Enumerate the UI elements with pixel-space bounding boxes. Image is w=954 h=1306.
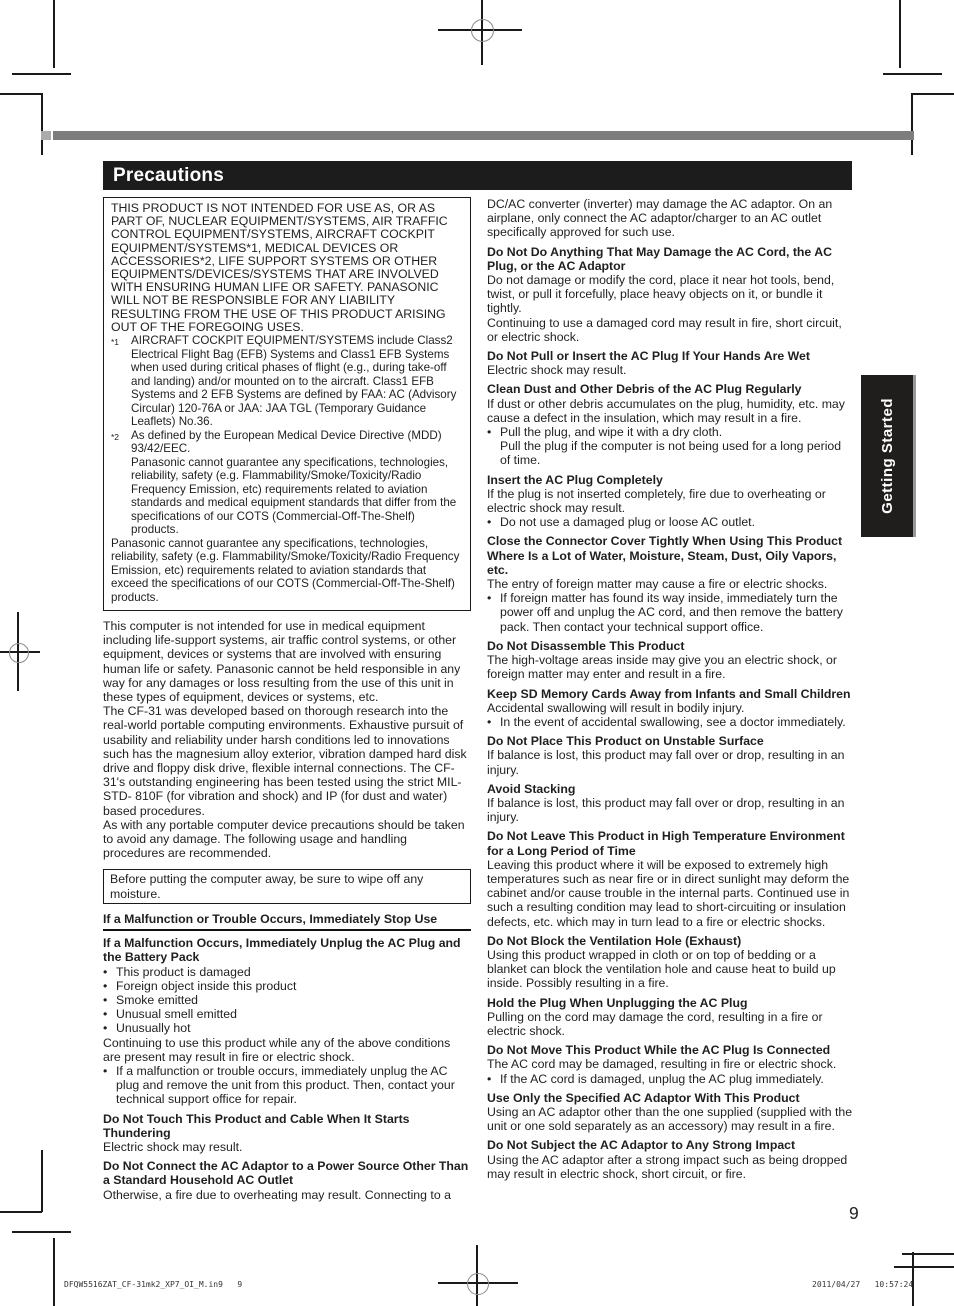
footnote-marker: *1 <box>111 334 131 429</box>
bullet-dot: • <box>487 715 500 729</box>
footer-filename: DFQW5516ZAT_CF-31mk2_XP7_OI_M.in9 9 <box>64 1280 242 1289</box>
bullet-dot: • <box>103 1007 116 1021</box>
precaution-section: Hold the Plug When Unplugging the AC Plu… <box>487 996 853 1039</box>
bullet-continuation: Pull the plug if the computer is not bei… <box>500 439 853 467</box>
intro-paragraphs: This computer is not intended for use in… <box>103 619 471 860</box>
bullet-dot: • <box>103 965 116 979</box>
section-paragraph: The AC cord may be damaged, resulting in… <box>487 1057 853 1071</box>
section-paragraph: Electric shock may result. <box>103 1140 471 1154</box>
footnote-paragraph: Panasonic cannot guarantee any specifica… <box>131 456 463 537</box>
bullet-item: •Foreign object inside this product <box>103 979 471 993</box>
precaution-section: Do Not Block the Ventilation Hole (Exhau… <box>487 934 853 991</box>
bullet-item: •If the AC cord is damaged, unplug the A… <box>487 1072 853 1086</box>
section-heading: Do Not Leave This Product in High Temper… <box>487 829 853 857</box>
footnote-text: AIRCRAFT COCKPIT EQUIPMENT/SYSTEMS inclu… <box>131 334 463 429</box>
wipe-note-box: Before putting the computer away, be sur… <box>103 869 471 903</box>
section-heading: Avoid Stacking <box>487 782 853 796</box>
bullet-dot: • <box>487 515 500 529</box>
bullet-item: •Unusually hot <box>103 1021 471 1035</box>
section-paragraph: If balance is lost, this product may fal… <box>487 796 853 824</box>
bullet-text: Unusually hot <box>116 1021 471 1035</box>
precaution-section: Do Not Touch This Product and Cable When… <box>103 1112 471 1155</box>
notice-closing-text: Panasonic cannot guarantee any specifica… <box>111 537 463 605</box>
section-paragraph: The entry of foreign matter may cause a … <box>487 577 853 591</box>
bullet-dot: • <box>103 1064 116 1107</box>
section-paragraph: Otherwise, a fire due to overheating may… <box>103 1188 471 1202</box>
footer-datetime: 2011/04/27 10:57:24 <box>812 1280 913 1289</box>
notice-main-text: THIS PRODUCT IS NOT INTENDED FOR USE AS,… <box>111 202 463 334</box>
precaution-section: Do Not Leave This Product in High Temper… <box>487 829 853 928</box>
section-heading: If a Malfunction Occurs, Immediately Unp… <box>103 936 471 964</box>
intro-paragraph: This computer is not intended for use in… <box>103 619 471 704</box>
bullet-text: Pull the plug, and wipe it with a dry cl… <box>500 425 853 439</box>
precaution-section: Do Not Subject the AC Adaptor to Any Str… <box>487 1138 853 1181</box>
bullet-text: In the event of accidental swallowing, s… <box>500 715 853 729</box>
footnote-marker: *2 <box>111 429 131 537</box>
sidebar-tab-edge <box>913 375 916 537</box>
precaution-section: Use Only the Specified AC Adaptor With T… <box>487 1091 853 1134</box>
top-rule <box>53 131 914 140</box>
section-paragraph: If balance is lost, this product may fal… <box>487 748 853 776</box>
section-heading: Do Not Subject the AC Adaptor to Any Str… <box>487 1138 853 1152</box>
section-heading: Do Not Connect the AC Adaptor to a Power… <box>103 1159 471 1187</box>
precaution-section: Avoid StackingIf balance is lost, this p… <box>487 782 853 825</box>
bullet-dot: • <box>103 979 116 993</box>
section-heading: Use Only the Specified AC Adaptor With T… <box>487 1091 853 1105</box>
precaution-section: Do Not Move This Product While the AC Pl… <box>487 1043 853 1086</box>
sidebar-tab-label: Getting Started <box>879 398 896 514</box>
precaution-section: Close the Connector Cover Tightly When U… <box>487 534 853 633</box>
bullet-item: •Do not use a damaged plug or loose AC o… <box>487 515 853 529</box>
section-paragraph: Continuing to use this product while any… <box>103 1036 471 1064</box>
precaution-section: Do Not Connect the AC Adaptor to a Power… <box>103 1159 471 1202</box>
sidebar-tab-getting-started: Getting Started <box>861 375 913 537</box>
section-paragraph: Pulling on the cord may damage the cord,… <box>487 1010 853 1038</box>
section-heading: Do Not Place This Product on Unstable Su… <box>487 734 853 748</box>
wipe-note-text: Before putting the computer away, be sur… <box>110 872 423 900</box>
section-paragraph: The high-voltage areas inside may give y… <box>487 653 853 681</box>
intro-paragraph: The CF-31 was developed based on thoroug… <box>103 704 471 818</box>
bullet-text: Do not use a damaged plug or loose AC ou… <box>500 515 853 529</box>
precaution-section: Do Not Do Anything That May Damage the A… <box>487 245 853 344</box>
precaution-section: Keep SD Memory Cards Away from Infants a… <box>487 687 853 730</box>
left-sections: If a Malfunction Occurs, Immediately Unp… <box>103 936 471 1202</box>
bullet-dot: • <box>487 425 500 439</box>
bullet-dot: • <box>487 1072 500 1086</box>
bullet-text: If foreign matter has found its way insi… <box>500 591 853 634</box>
bullet-item: •This product is damaged <box>103 965 471 979</box>
right-column: DC/AC converter (inverter) may damage th… <box>487 197 853 1181</box>
top-rule-accent-square <box>41 131 51 140</box>
section-heading: Keep SD Memory Cards Away from Infants a… <box>487 687 853 701</box>
section-paragraph: If the plug is not inserted completely, … <box>487 487 853 515</box>
manual-page: Precautions Getting Started THIS PRODUCT… <box>0 0 954 1306</box>
section-heading: Insert the AC Plug Completely <box>487 473 853 487</box>
footnote-paragraph: As defined by the European Medical Devic… <box>131 429 463 456</box>
footnote: *2As defined by the European Medical Dev… <box>111 429 463 537</box>
bullet-item: •If a malfunction or trouble occurs, imm… <box>103 1064 471 1107</box>
page-number: 9 <box>849 1203 859 1224</box>
section-heading: Do Not Do Anything That May Damage the A… <box>487 245 853 273</box>
section-paragraph: Electric shock may result. <box>487 363 853 377</box>
bullet-item: •Smoke emitted <box>103 993 471 1007</box>
right-sections: Do Not Do Anything That May Damage the A… <box>487 245 853 1181</box>
precaution-section: Do Not Place This Product on Unstable Su… <box>487 734 853 777</box>
precaution-section: Do Not Pull or Insert the AC Plug If You… <box>487 349 853 377</box>
section-heading: Do Not Move This Product While the AC Pl… <box>487 1043 853 1057</box>
bullet-dot: • <box>103 993 116 1007</box>
section-paragraph: Using an AC adaptor other than the one s… <box>487 1105 853 1133</box>
section-heading: Hold the Plug When Unplugging the AC Plu… <box>487 996 853 1010</box>
section-paragraph: Continuing to use a damaged cord may res… <box>487 316 853 344</box>
bullet-dot: • <box>487 591 500 634</box>
bullet-text: If the AC cord is damaged, unplug the AC… <box>500 1072 853 1086</box>
bullet-text: Smoke emitted <box>116 993 471 1007</box>
section-heading: Close the Connector Cover Tightly When U… <box>487 534 853 577</box>
bullet-item: •If foreign matter has found its way ins… <box>487 591 853 634</box>
bullet-item: •Unusual smell emitted <box>103 1007 471 1021</box>
section-paragraph: Using this product wrapped in cloth or o… <box>487 948 853 991</box>
footnote: *1AIRCRAFT COCKPIT EQUIPMENT/SYSTEMS inc… <box>111 334 463 429</box>
bullet-text: Unusual smell emitted <box>116 1007 471 1021</box>
footnote-paragraph: AIRCRAFT COCKPIT EQUIPMENT/SYSTEMS inclu… <box>131 334 463 429</box>
footnote-text: As defined by the European Medical Devic… <box>131 429 463 537</box>
intro-paragraph: As with any portable computer device pre… <box>103 818 471 861</box>
notice-box: THIS PRODUCT IS NOT INTENDED FOR USE AS,… <box>103 197 471 611</box>
section-paragraph: If dust or other debris accumulates on t… <box>487 397 853 425</box>
precaution-section: Do Not Disassemble This ProductThe high-… <box>487 639 853 682</box>
section-heading: Do Not Pull or Insert the AC Plug If You… <box>487 349 853 363</box>
section-paragraph: Do not damage or modify the cord, place … <box>487 273 853 316</box>
bullet-dot: • <box>103 1021 116 1035</box>
bullet-text: If a malfunction or trouble occurs, imme… <box>116 1064 471 1107</box>
right-intro-paragraph: DC/AC converter (inverter) may damage th… <box>487 197 853 240</box>
section-paragraph: Accidental swallowing will result in bod… <box>487 701 853 715</box>
page-title: Precautions <box>103 161 852 190</box>
section-paragraph: Using the AC adaptor after a strong impa… <box>487 1153 853 1181</box>
notice-footnotes: *1AIRCRAFT COCKPIT EQUIPMENT/SYSTEMS inc… <box>111 334 463 537</box>
bullet-item: •In the event of accidental swallowing, … <box>487 715 853 729</box>
precaution-section: Insert the AC Plug CompletelyIf the plug… <box>487 473 853 530</box>
bullet-text: This product is damaged <box>116 965 471 979</box>
bullet-item: •Pull the plug, and wipe it with a dry c… <box>487 425 853 439</box>
section-heading: Do Not Disassemble This Product <box>487 639 853 653</box>
precaution-section: Clean Dust and Other Debris of the AC Pl… <box>487 382 853 467</box>
section-heading: Do Not Touch This Product and Cable When… <box>103 1112 471 1140</box>
stop-use-banner: If a Malfunction or Trouble Occurs, Imme… <box>103 912 471 931</box>
precaution-section: If a Malfunction Occurs, Immediately Unp… <box>103 936 471 1106</box>
section-heading: Clean Dust and Other Debris of the AC Pl… <box>487 382 853 396</box>
section-paragraph: Leaving this product where it will be ex… <box>487 858 853 929</box>
left-column: THIS PRODUCT IS NOT INTENDED FOR USE AS,… <box>103 197 471 1202</box>
bullet-text: Foreign object inside this product <box>116 979 471 993</box>
section-heading: Do Not Block the Ventilation Hole (Exhau… <box>487 934 853 948</box>
